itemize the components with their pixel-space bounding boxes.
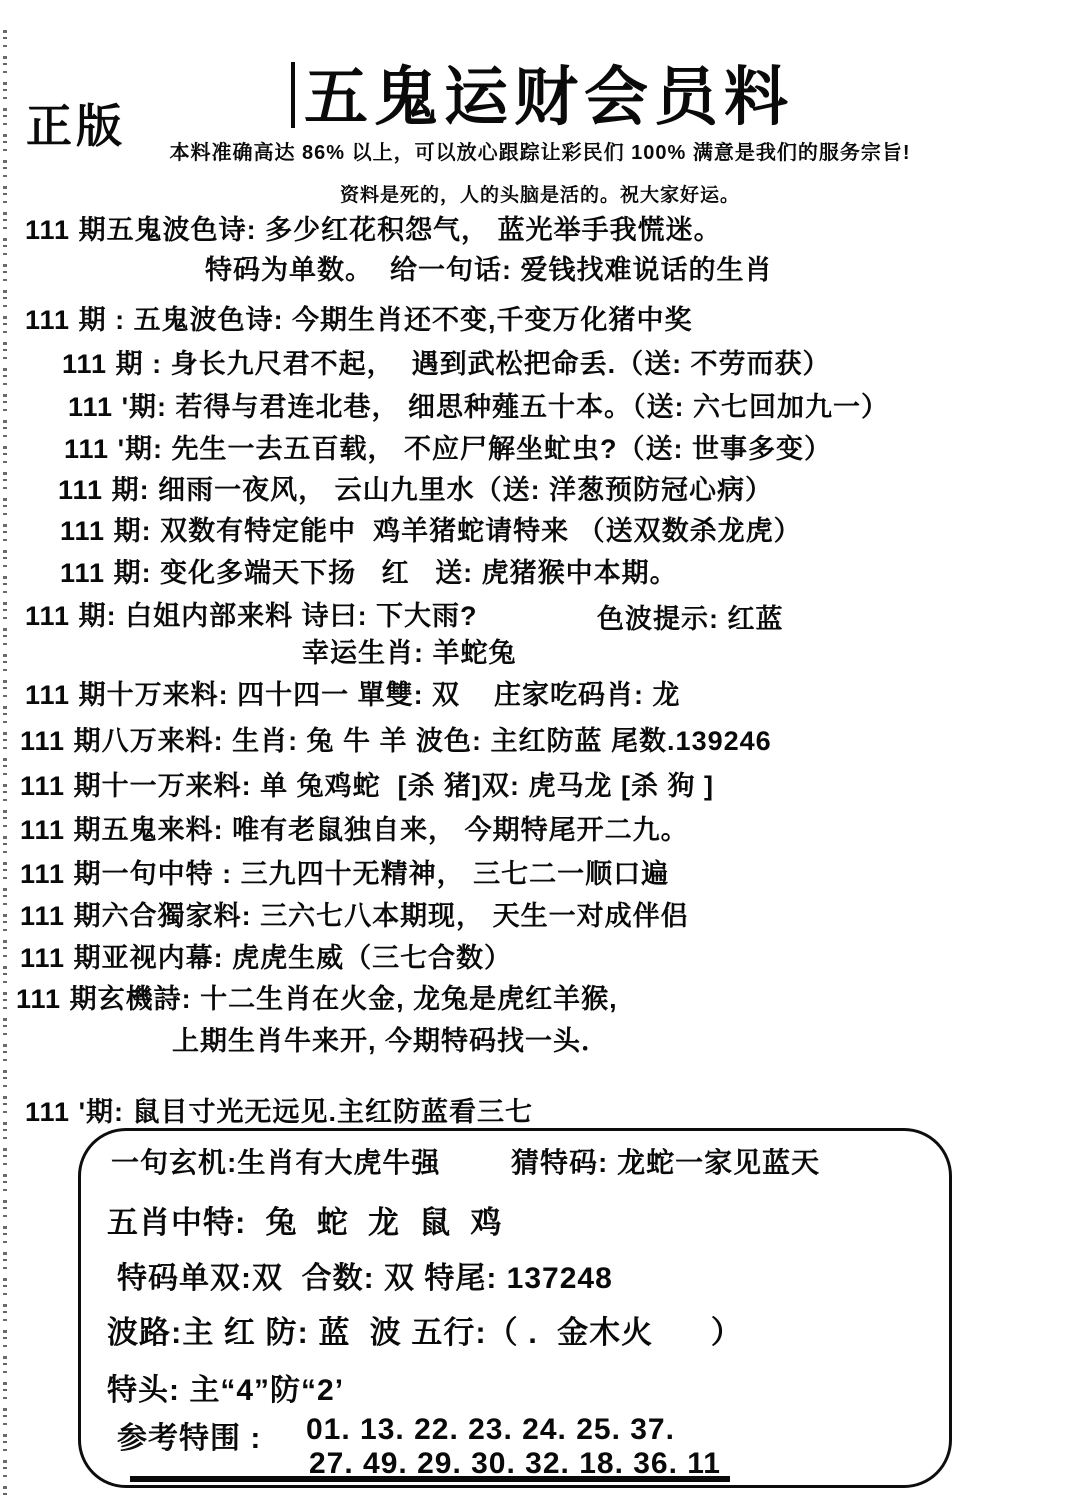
wave-route-line: 波路:主 红 防: 蓝 波 五行:（ . 金木火 ） — [107, 1307, 743, 1352]
special-head-line: 特头: 主“4”防“2’ — [107, 1365, 344, 1409]
wave-poem-line-3: 111 期 : 五鬼波色诗: 今期生肖还不变,千变万化猪中奖 — [25, 298, 693, 337]
110k-material-line: 111 期十一万来料: 单 兔鸡蛇 [杀 猪]双: 虎马龙 [杀 狗 ] — [20, 764, 714, 803]
verse-line-1: 111 期 : 身长九尺君不起， 遇到武松把命丢.（送: 不劳而获） — [62, 342, 831, 381]
lucky-zodiac-line: 幸运生肖: 羊蛇兔 — [302, 631, 517, 670]
five-zodiac-line: 五肖中特: 兔 蛇 龙 鼠 鸡 — [107, 1197, 502, 1242]
parity-line: 特码单双:双 合数: 双 特尾: 137248 — [117, 1253, 613, 1297]
reference-range-label: 参考特围 : — [117, 1413, 261, 1457]
color-wave-hint: 色波提示: 红蓝 — [597, 597, 784, 636]
mystery-poem-line-2: 上期生肖牛来开, 今期特码找一头． — [172, 1019, 609, 1058]
left-margin-microtext — [3, 30, 7, 1495]
page-title: 五鬼运财会员料 — [304, 46, 864, 138]
lottery-tip-sheet: 正版 五鬼运财会员料 本料准确高达 86% 以上，可以放心跟踪让彩民们 100%… — [0, 0, 1080, 1505]
title-leading-bar — [291, 62, 295, 128]
atv-insider-line: 111 期亚视内幕: 虎虎生威（三七合数） — [20, 936, 512, 975]
verse-line-2: 111 '期: 若得与君连北巷， 细思种薤五十本。（送: 六七回加九一） — [68, 385, 889, 424]
verse-line-4: 111 期: 细雨一夜风， 云山九里水（送: 洋葱预防冠心病） — [58, 468, 773, 507]
exclusive-material-line: 111 期六合獨家料: 三六七八本期现， 天生一对成伴侣 — [20, 894, 689, 933]
motto-line: 资料是死的，人的头脑是活的。祝大家好运。 — [340, 180, 740, 207]
accuracy-subtitle: 本料准确高达 86% 以上，可以放心跟踪让彩民们 100% 满意是我们的服务宗旨… — [169, 136, 910, 165]
one-phrase-line: 111 期一句中特 : 三九四十无精神， 三七二一顺口遍 — [20, 852, 669, 891]
verse-line-5: 111 期: 双数有特定能中 鸡羊猪蛇请特来 （送双数杀龙虎） — [60, 509, 802, 548]
rat-eye-line: 111 '期: 鼠目寸光无远见.主红防蓝看三七 — [25, 1090, 533, 1129]
wugui-material-line: 111 期五鬼来料: 唯有老鼠独自来， 今期特尾开二九。 — [20, 808, 689, 847]
mystery-phrase: 一句玄机:生肖有大虎牛强 — [111, 1141, 440, 1181]
wave-poem-line-2: 特码为单数。 给一句话: 爱钱找难说话的生肖 — [205, 248, 773, 287]
guess-special-code: 猜特码: 龙蛇一家见蓝天 — [511, 1141, 820, 1181]
verse-line-3: 111 '期: 先生一去五百载， 不应尸解坐虻虫?（送: 世事多变） — [64, 427, 832, 466]
summary-box: 一句玄机:生肖有大虎牛强 猜特码: 龙蛇一家见蓝天 五肖中特: 兔 蛇 龙 鼠 … — [78, 1128, 952, 1488]
bottom-thick-rule — [130, 1476, 730, 1482]
80k-material-line: 111 期八万来料: 生肖: 兔 牛 羊 波色: 主红防蓝 尾数.139246 — [20, 719, 772, 758]
edition-label: 正版 — [26, 90, 126, 156]
verse-line-6: 111 期: 变化多端天下扬 红 送: 虎猪猴中本期。 — [60, 551, 678, 590]
wave-poem-line-1: 111 期五鬼波色诗: 多少红花积怨气， 蓝光举手我慌迷。 — [25, 208, 722, 247]
baijie-line: 111 期: 白姐内部来料 诗曰: 下大雨? — [25, 594, 478, 633]
mystery-poem-line-1: 111 期玄機詩: 十二生肖在火金, 龙兔是虎红羊猴, — [16, 977, 618, 1016]
reference-range-numbers-1: 01. 13. 22. 23. 24. 25. 37. — [306, 1413, 675, 1447]
100k-material-line: 111 期十万来料: 四十四一 單雙: 双 庄家吃码肖: 龙 — [25, 673, 681, 712]
